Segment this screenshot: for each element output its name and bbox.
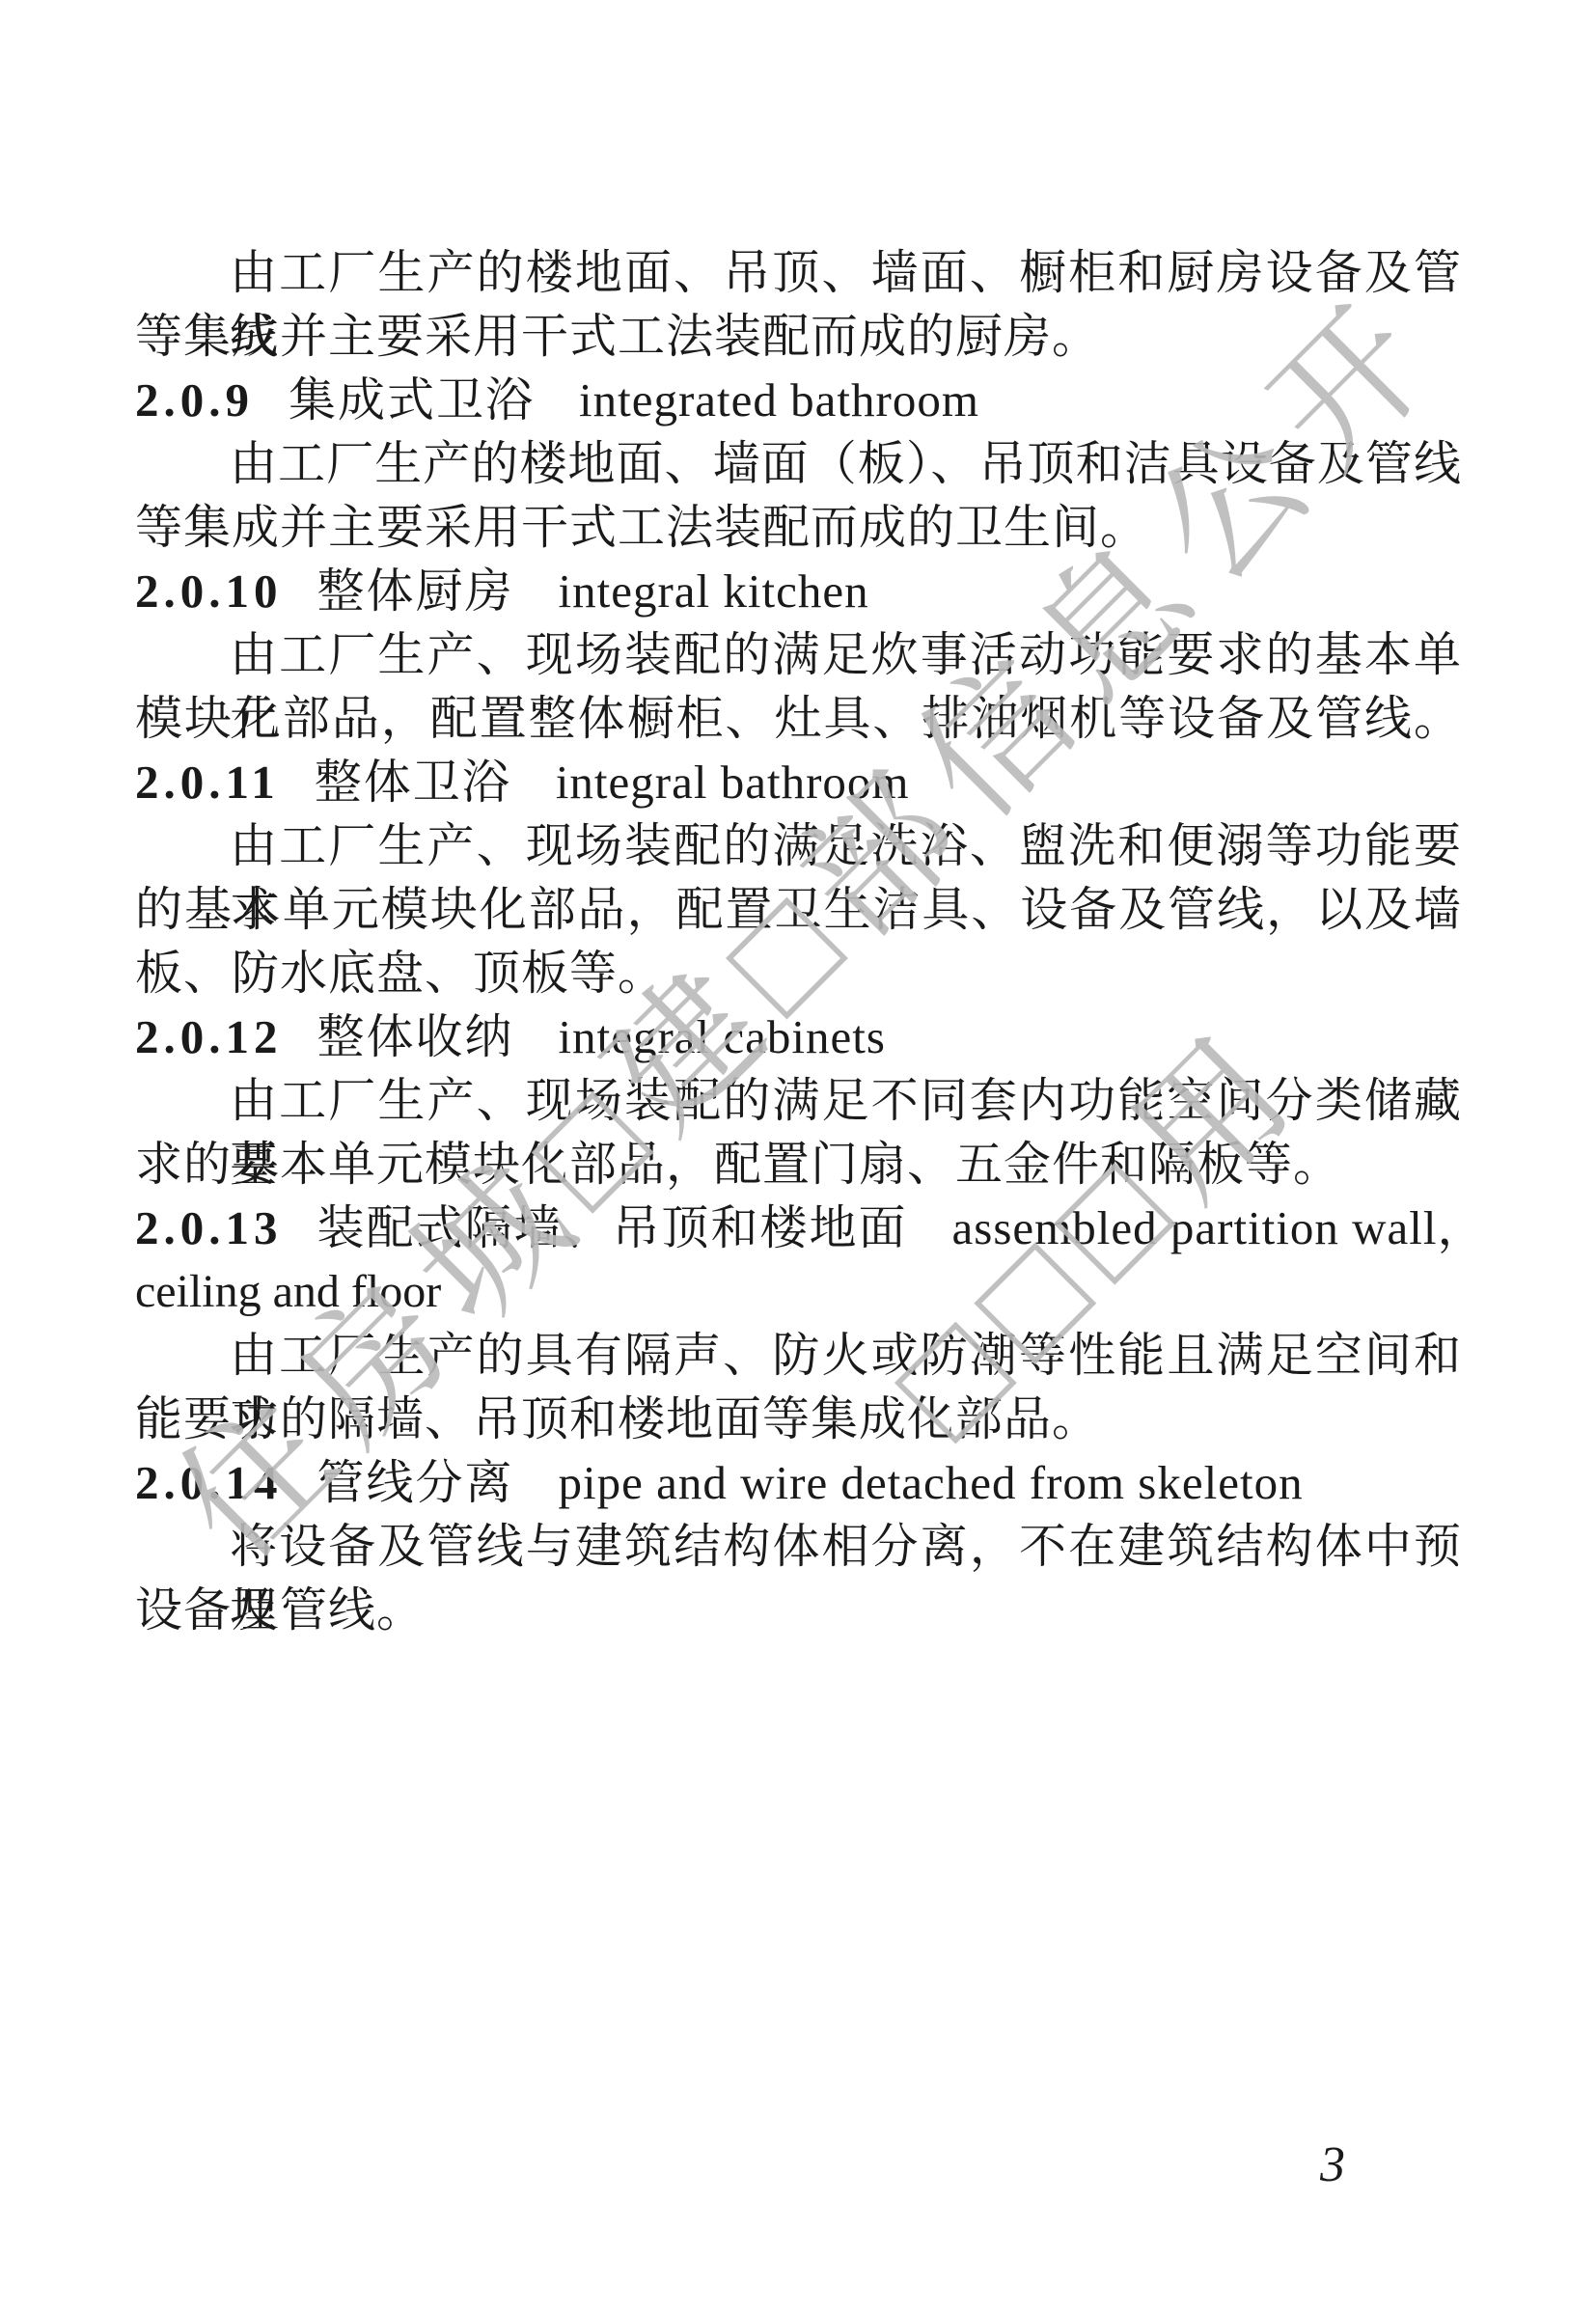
text-line: 由工厂生产、现场装配的满足炊事活动功能要求的基本单元 <box>135 623 1462 687</box>
section-heading: 2.0.9集成式卫浴integrated bathroom <box>135 369 1462 432</box>
term-english: integral bathroom <box>556 756 910 809</box>
text-line: 设备及管线。 <box>135 1579 1462 1642</box>
term-chinese: 整体收纳 <box>317 1010 514 1063</box>
term-chinese: 集成式卫浴 <box>289 373 535 426</box>
section-heading: 2.0.13装配式隔墙、吊顶和楼地面assembled partition wa… <box>135 1197 1462 1260</box>
section-number: 2.0.12 <box>135 1010 283 1063</box>
term-english: pipe and wire detached from skeleton <box>559 1456 1304 1509</box>
text-line: 能要求的隔墙、吊顶和楼地面等集成化部品。 <box>135 1388 1462 1451</box>
section-number: 2.0.14 <box>135 1456 283 1509</box>
term-chinese: 管线分离 <box>317 1456 514 1509</box>
text-line: 由工厂生产的具有隔声、防火或防潮等性能且满足空间和功 <box>135 1324 1462 1388</box>
term-english: assembled partition wall， <box>952 1201 1486 1254</box>
section-number: 2.0.9 <box>135 373 254 426</box>
section-heading: 2.0.10整体厨房integral kitchen <box>135 560 1462 623</box>
term-english: integrated bathroom <box>579 373 979 426</box>
terminology-text-block: 由工厂生产的楼地面、吊顶、墙面、橱柜和厨房设备及管线等集成并主要采用干式工法装配… <box>135 241 1462 1642</box>
section-number: 2.0.10 <box>135 564 283 618</box>
section-heading: 2.0.14管线分离pipe and wire detached from sk… <box>135 1451 1462 1515</box>
text-line: 板、防水底盘、顶板等。 <box>135 942 1462 1005</box>
term-chinese: 装配式隔墙、吊顶和楼地面 <box>317 1201 908 1254</box>
text-line: 由工厂生产、现场装配的满足洗浴、盥洗和便溺等功能要求 <box>135 814 1462 878</box>
term-english: integral kitchen <box>559 564 869 618</box>
term-chinese: 整体厨房 <box>317 564 514 618</box>
text-line: 由工厂生产的楼地面、墙面（板）、吊顶和洁具设备及管线 <box>135 432 1462 496</box>
section-number: 2.0.13 <box>135 1201 283 1254</box>
page-number: 3 <box>1320 2136 1345 2193</box>
text-line: 求的基本单元模块化部品，配置门扇、五金件和隔板等。 <box>135 1133 1462 1197</box>
english-continuation-line: ceiling and floor <box>135 1260 1462 1324</box>
section-heading: 2.0.12整体收纳integral cabinets <box>135 1005 1462 1069</box>
text-line: 由工厂生产、现场装配的满足不同套内功能空间分类储藏要 <box>135 1069 1462 1133</box>
text-line: 将设备及管线与建筑结构体相分离，不在建筑结构体中预埋 <box>135 1515 1462 1579</box>
term-english: integral cabinets <box>559 1010 886 1063</box>
text-line: 由工厂生产的楼地面、吊顶、墙面、橱柜和厨房设备及管线 <box>135 241 1462 305</box>
text-line: 等集成并主要采用干式工法装配而成的卫生间。 <box>135 496 1462 560</box>
document-page: 住房城□建□部信息公开 □□□用 由工厂生产的楼地面、吊顶、墙面、橱柜和厨房设备… <box>0 0 1596 2311</box>
text-line: 等集成并主要采用干式工法装配而成的厨房。 <box>135 305 1462 369</box>
text-line: 模块化部品，配置整体橱柜、灶具、排油烟机等设备及管线。 <box>135 687 1462 751</box>
term-chinese: 整体卫浴 <box>315 756 511 809</box>
section-number: 2.0.11 <box>135 756 280 809</box>
section-heading: 2.0.11整体卫浴integral bathroom <box>135 751 1462 814</box>
text-line: 的基本单元模块化部品，配置卫生洁具、设备及管线，以及墙 <box>135 878 1462 942</box>
